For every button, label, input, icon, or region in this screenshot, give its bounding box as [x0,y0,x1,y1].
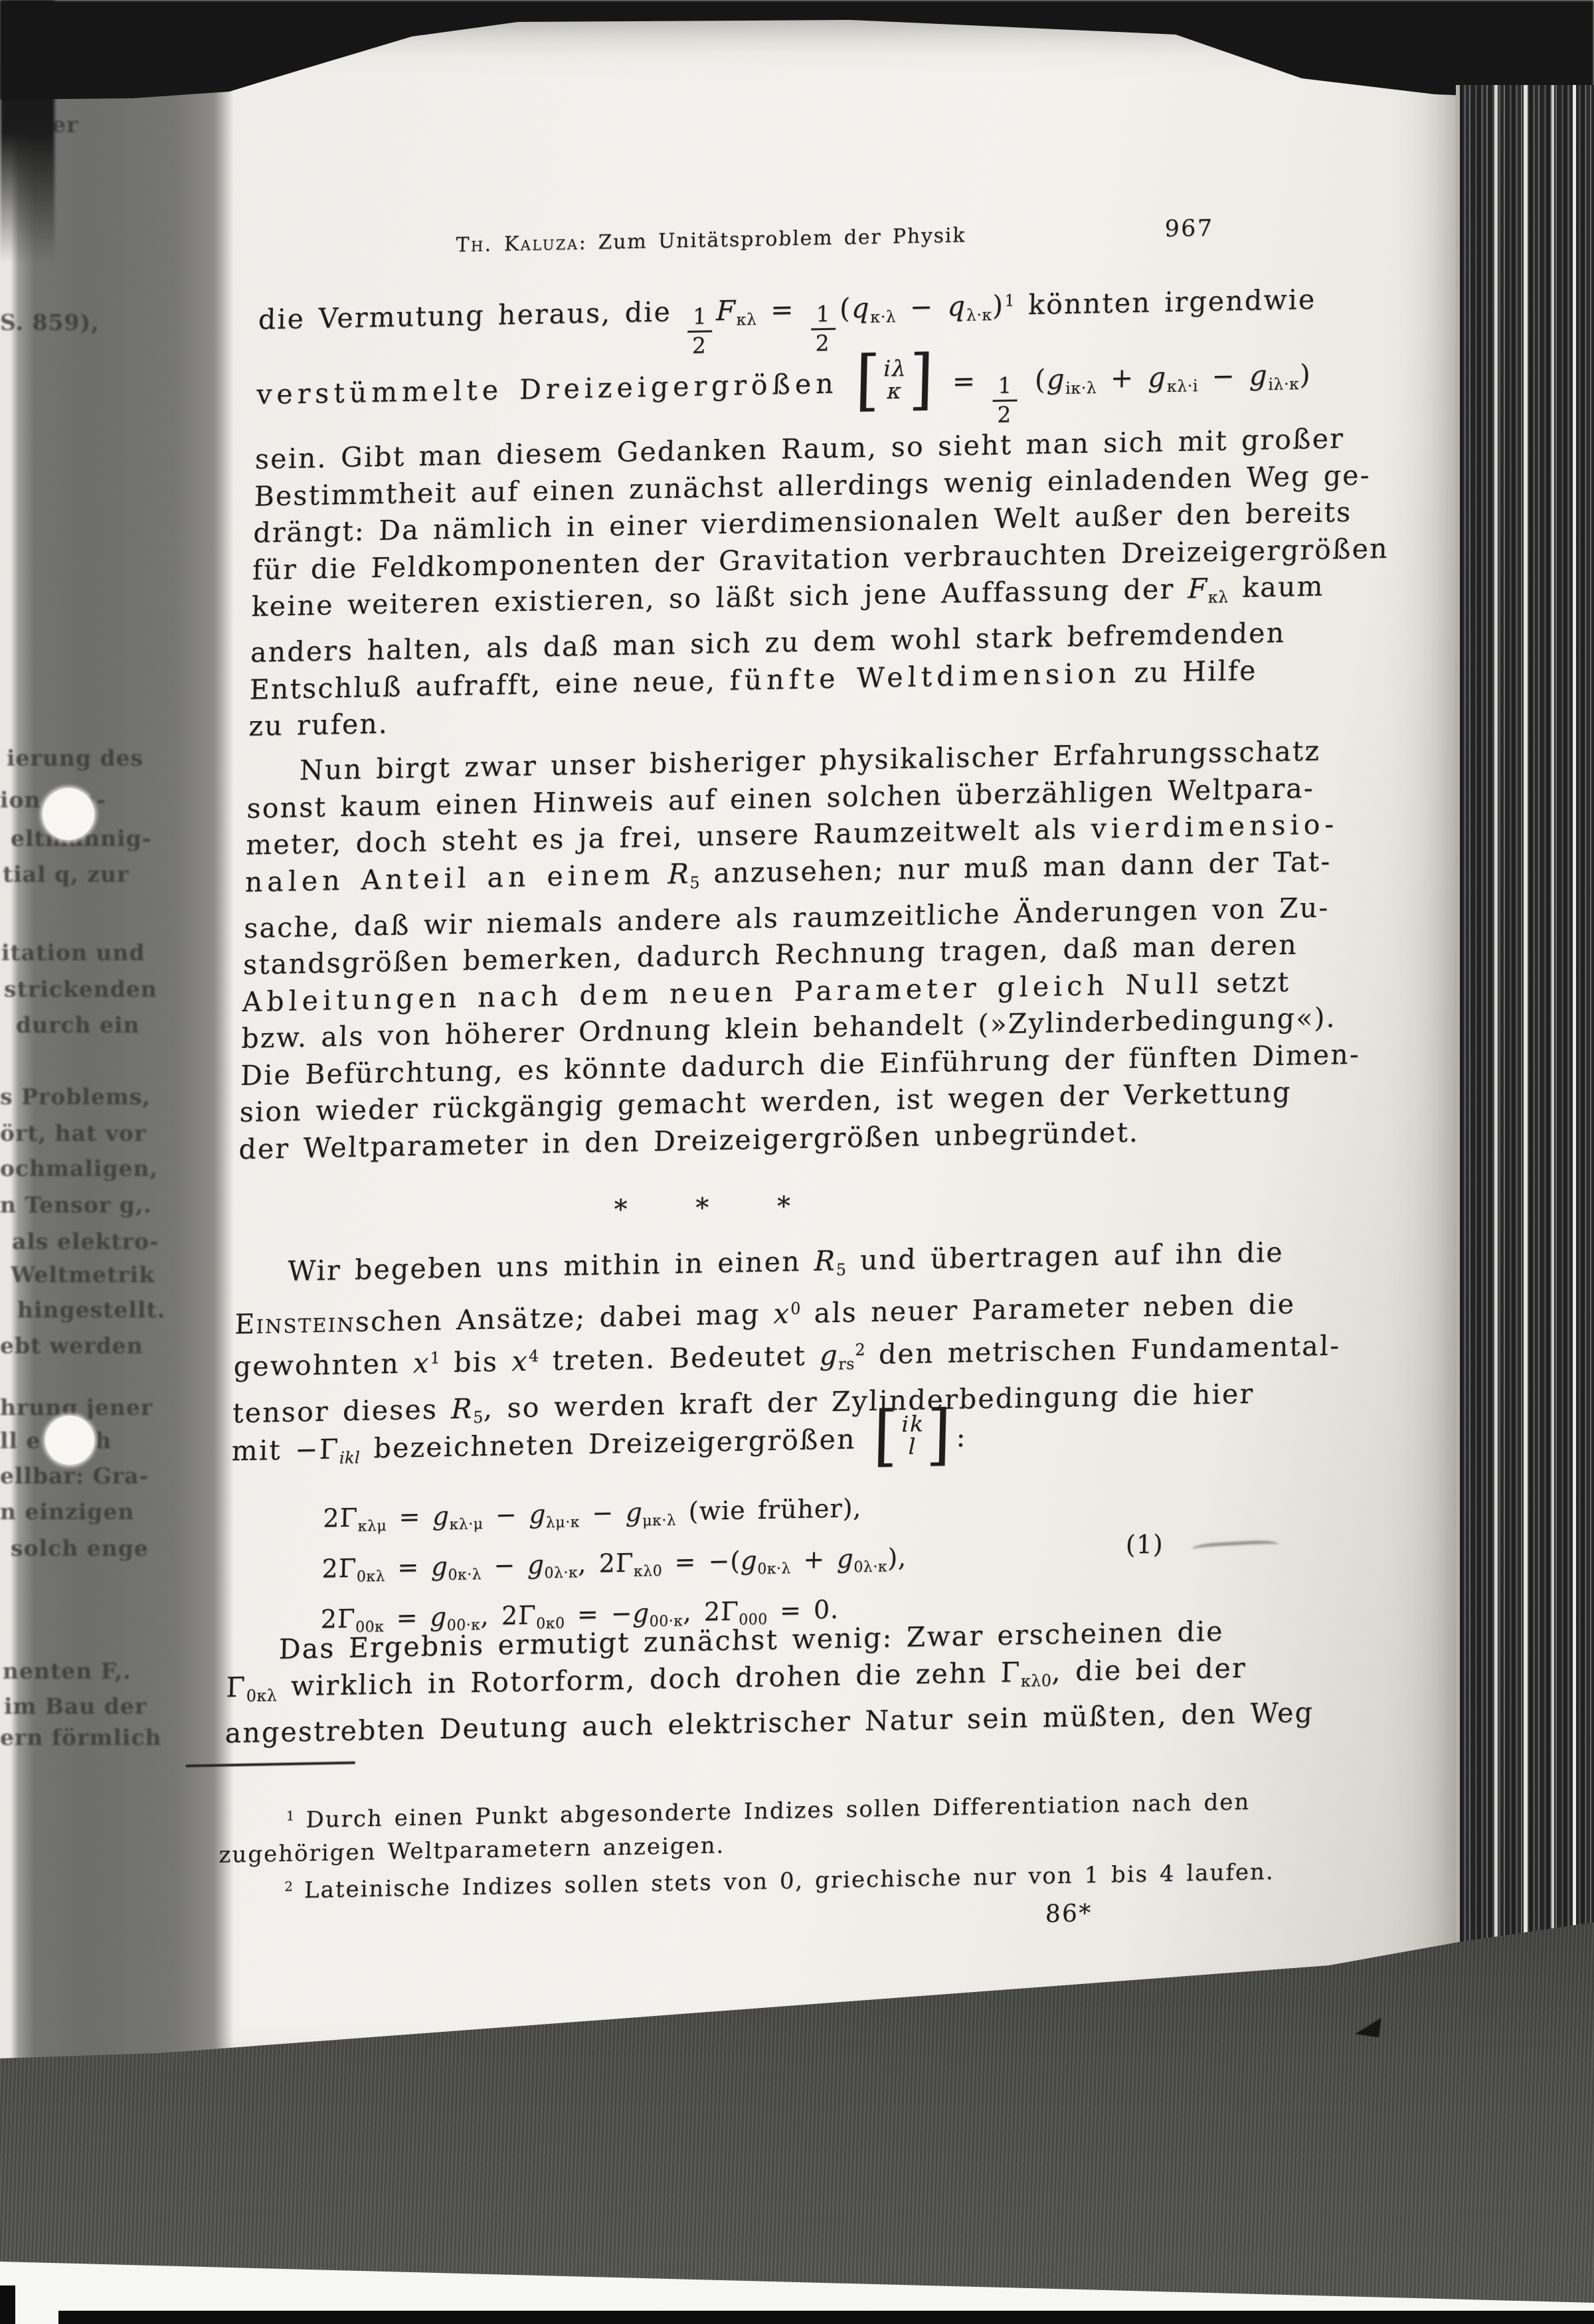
margin-ghost-text: nenten F,. [3,1658,132,1684]
margin-ghost-text: n einzigen [0,1499,134,1525]
margin-ghost-text: ochmaligen, [0,1155,158,1181]
margin-ghost-text: durch ein [16,1012,140,1038]
margin-ghost-text: solch enge [11,1535,149,1561]
scan-edge-bar-bottom [58,2311,1594,2324]
signature-mark: 86* [1045,1900,1092,1928]
page-edge-highlight [1494,85,1498,1964]
header-title: Zum Unitätsproblem der Physik [598,224,966,254]
section-separator: * * * [237,1184,1168,1232]
footnotes: 1 Durch einen Punkt abgesonderte Indizes… [218,1781,1277,1908]
punch-hole [45,1416,94,1465]
margin-ghost-text: ellbar: Gra- [0,1463,149,1489]
margin-ghost-text: im Bau der [4,1693,147,1719]
punch-hole [43,788,94,840]
margin-ghost-text: itation und [1,940,145,965]
scan-artifact-triangle [1355,2015,1381,2038]
margin-ghost-text: ört, hat vor [0,1120,146,1146]
margin-ghost-text: strickenden [4,976,157,1002]
page-edge-highlight [1573,85,1576,1964]
margin-ghost-text: ierung des [7,745,143,771]
page-edge-highlight [1551,85,1554,1964]
scan-edge-corner [0,2285,15,2324]
page-edge-highlight [1524,85,1528,1964]
margin-ghost-text: Weltmetrik [11,1262,155,1287]
margin-ghost-text: als elektro- [12,1228,159,1254]
paragraph-1: sein. Gibt man diesem Gedanken Raum, so … [248,420,1392,746]
page-text-block: Th. Kaluza: Zum Unitätsproblem der Physi… [199,212,1356,2001]
margin-ghost-text: S. 859), [0,309,100,335]
margin-ghost-text: ebt werden [0,1333,143,1359]
margin-ghost-text: tial q, zur [3,861,129,887]
paragraph-2: Nun birgt zwar unser bisheriger physikal… [238,732,1368,1168]
inline-formula-line: mit −Γikl bezeichneten Dreizeigergrößen … [230,1404,968,1493]
paragraph-4: Das Ergebnis ermutigt zunächst wenig: Zw… [224,1612,1316,1752]
equation-number: (1) [1125,1529,1164,1559]
footnote-rule [186,1762,355,1768]
margin-ghost-text: hingestellt. [17,1297,165,1323]
margin-ghost-text: s Problems, [0,1084,151,1110]
scanned-paper-page: { "page": { "header": { "author_label": … [0,0,1594,2324]
page-number: 967 [1164,215,1213,242]
book-page-edge-striations [1456,85,1594,1964]
running-header: Th. Kaluza: Zum Unitätsproblem der Physi… [456,224,966,257]
margin-ghost-text: n Tensor g,. [0,1192,152,1218]
header-author: Th. Kaluza: [456,231,588,257]
margin-ghost-text: ern förmlich [0,1724,162,1750]
